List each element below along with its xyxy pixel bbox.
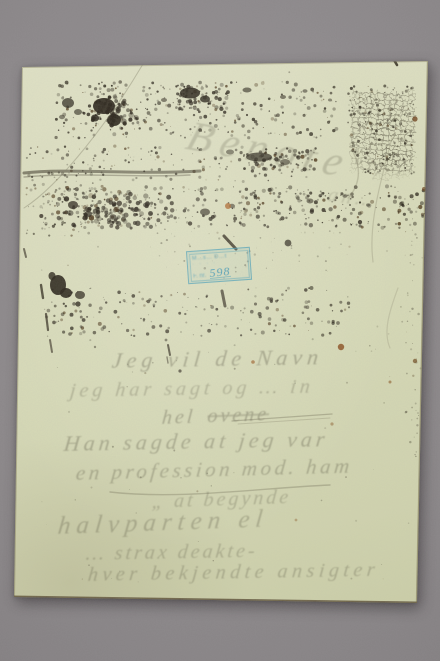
stamp-number: 598 [208,265,230,278]
collection-stamp: M…s… D…t · · · · F. nr. 598 [186,247,252,284]
handwriting-line-2: jeg har sagt og … in [69,376,315,403]
handwriting-line-4: Han sagde at jeg var [63,426,330,457]
handwriting-word: hel [161,406,196,429]
handwriting-line-1: Jeg vil de Navn [111,344,325,374]
paper-shadow: Benote an… Jeg vil de Navn jeg har sagt … [0,0,440,661]
handwriting-word-struck: ovene [206,403,270,427]
paper-verso: Benote an… Jeg vil de Navn jeg har sagt … [0,0,440,661]
ink-crosshatch-patch [349,89,413,178]
stamp-inner-border: M…s… D…t · · · · F. nr. 598 [189,249,250,281]
handwriting-line-3: helovene [161,403,270,430]
photograph-of-document: Benote an… Jeg vil de Navn jeg har sagt … [0,0,440,661]
stamp-number-label: F. nr. [193,272,206,279]
